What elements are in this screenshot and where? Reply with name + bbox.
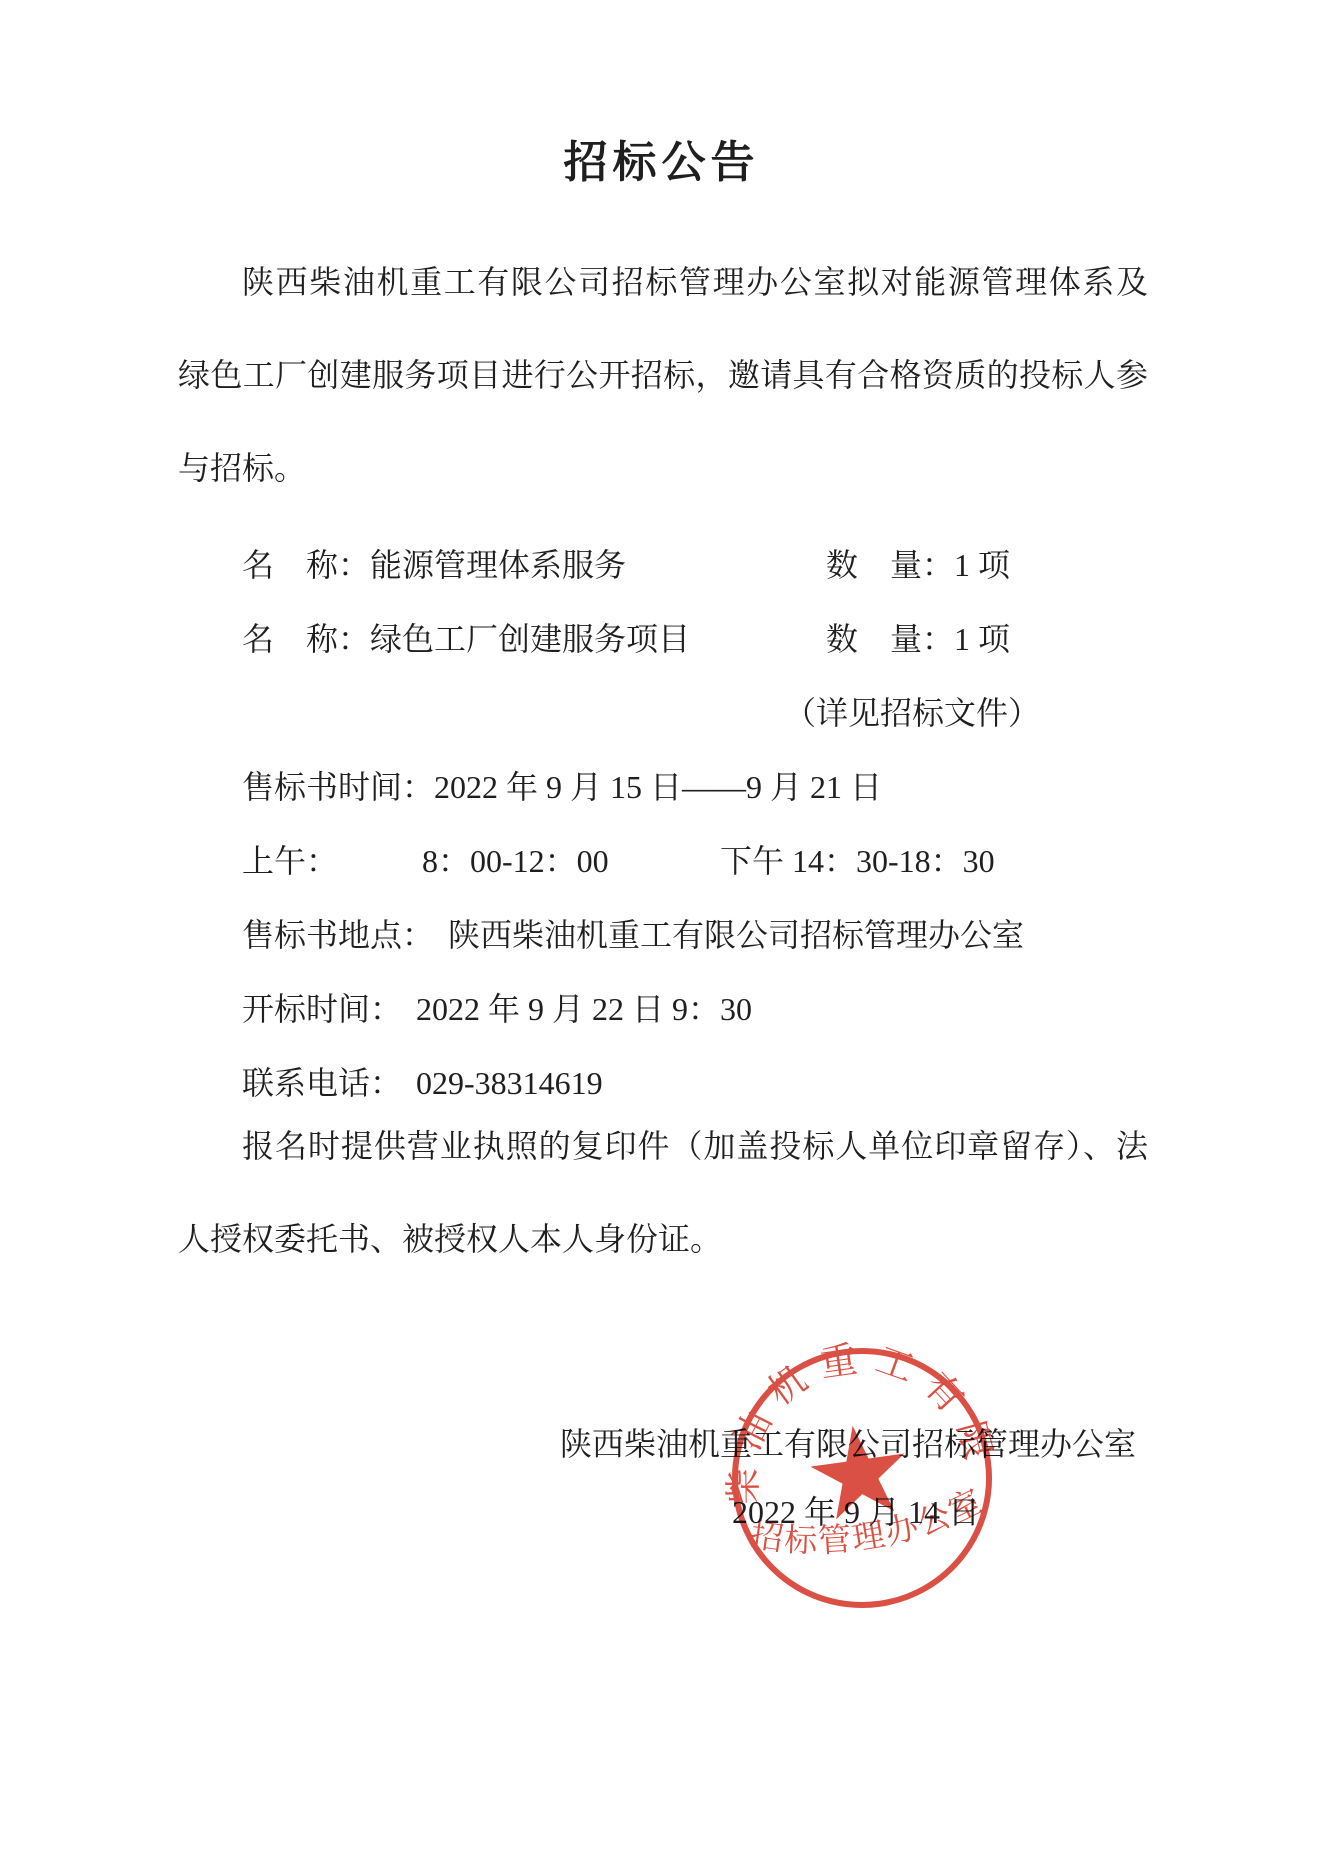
afternoon-hours: 下午 14：30-18：30 <box>720 824 995 898</box>
intro-line: 陕西柴油机重工有限公司招标管理办公室拟对能源管理体系及 <box>178 236 1148 329</box>
item-row: 名 称：绿色工厂创建服务项目 数 量：1 项 <box>178 602 1148 676</box>
item-name: 名 称：能源管理体系服务 <box>242 547 626 583</box>
field-label: 开标时间： <box>242 991 402 1027</box>
company-stamp: 陕西柴油机重工有限公司 招标管理办公室 <box>717 1333 1007 1623</box>
field-label: 联系电话： <box>242 1065 402 1101</box>
field-row-hours: 上午： 8：00-12：00 下午 14：30-18：30 <box>178 824 1148 898</box>
intro-paragraph: 陕西柴油机重工有限公司招标管理办公室拟对能源管理体系及 绿色工厂创建服务项目进行… <box>178 236 1148 515</box>
date-line: 2022 年 9 月 14 日 <box>732 1492 980 1532</box>
item-name: 名 称：绿色工厂创建服务项目 <box>242 621 690 657</box>
notice-paragraph: 报名时提供营业执照的复印件（加盖投标人单位印章留存）、法 人授权委托书、被授权人… <box>178 1100 1148 1286</box>
tender-fields: 名 称：能源管理体系服务 数 量：1 项 名 称：绿色工厂创建服务项目 数 量：… <box>178 528 1148 1120</box>
intro-line: 与招标。 <box>178 422 1148 515</box>
field-row-sale-time: 售标书时间：2022 年 9 月 15 日——9 月 21 日 <box>178 750 1148 824</box>
morning-hours: 8：00-12：00 <box>422 824 609 898</box>
field-value: 2022 年 9 月 22 日 9：30 <box>416 991 752 1027</box>
field-value: 2022 年 9 月 15 日——9 月 21 日 <box>434 769 882 805</box>
field-row-sale-place: 售标书地点：陕西柴油机重工有限公司招标管理办公室 <box>178 898 1148 972</box>
page-title: 招标公告 <box>0 126 1323 190</box>
stamp-circle <box>719 1335 1006 1622</box>
see-note-row: （详见招标文件） <box>178 676 1148 750</box>
intro-line: 绿色工厂创建服务项目进行公开招标，邀请具有合格资质的投标人参 <box>178 329 1148 422</box>
document-page: 招标公告 陕西柴油机重工有限公司招标管理办公室拟对能源管理体系及 绿色工厂创建服… <box>0 0 1323 1871</box>
notice-line: 报名时提供营业执照的复印件（加盖投标人单位印章留存）、法 <box>178 1100 1148 1193</box>
field-label: 售标书地点： <box>242 917 434 953</box>
item-qty: 数 量：1 项 <box>826 528 1010 602</box>
see-note: （详见招标文件） <box>784 676 1040 750</box>
stamp-graphic: 陕西柴油机重工有限公司 招标管理办公室 <box>717 1333 1007 1623</box>
item-row: 名 称：能源管理体系服务 数 量：1 项 <box>178 528 1148 602</box>
field-label: 上午： <box>242 843 338 879</box>
field-value: 陕西柴油机重工有限公司招标管理办公室 <box>448 917 1024 953</box>
field-row-open-time: 开标时间：2022 年 9 月 22 日 9：30 <box>178 972 1148 1046</box>
signature-line: 陕西柴油机重工有限公司招标管理办公室 <box>560 1424 1136 1464</box>
field-value: 029-38314619 <box>416 1065 603 1101</box>
field-label: 售标书时间： <box>242 769 434 805</box>
item-qty: 数 量：1 项 <box>826 602 1010 676</box>
notice-line: 人授权委托书、被授权人本人身份证。 <box>178 1193 1148 1286</box>
